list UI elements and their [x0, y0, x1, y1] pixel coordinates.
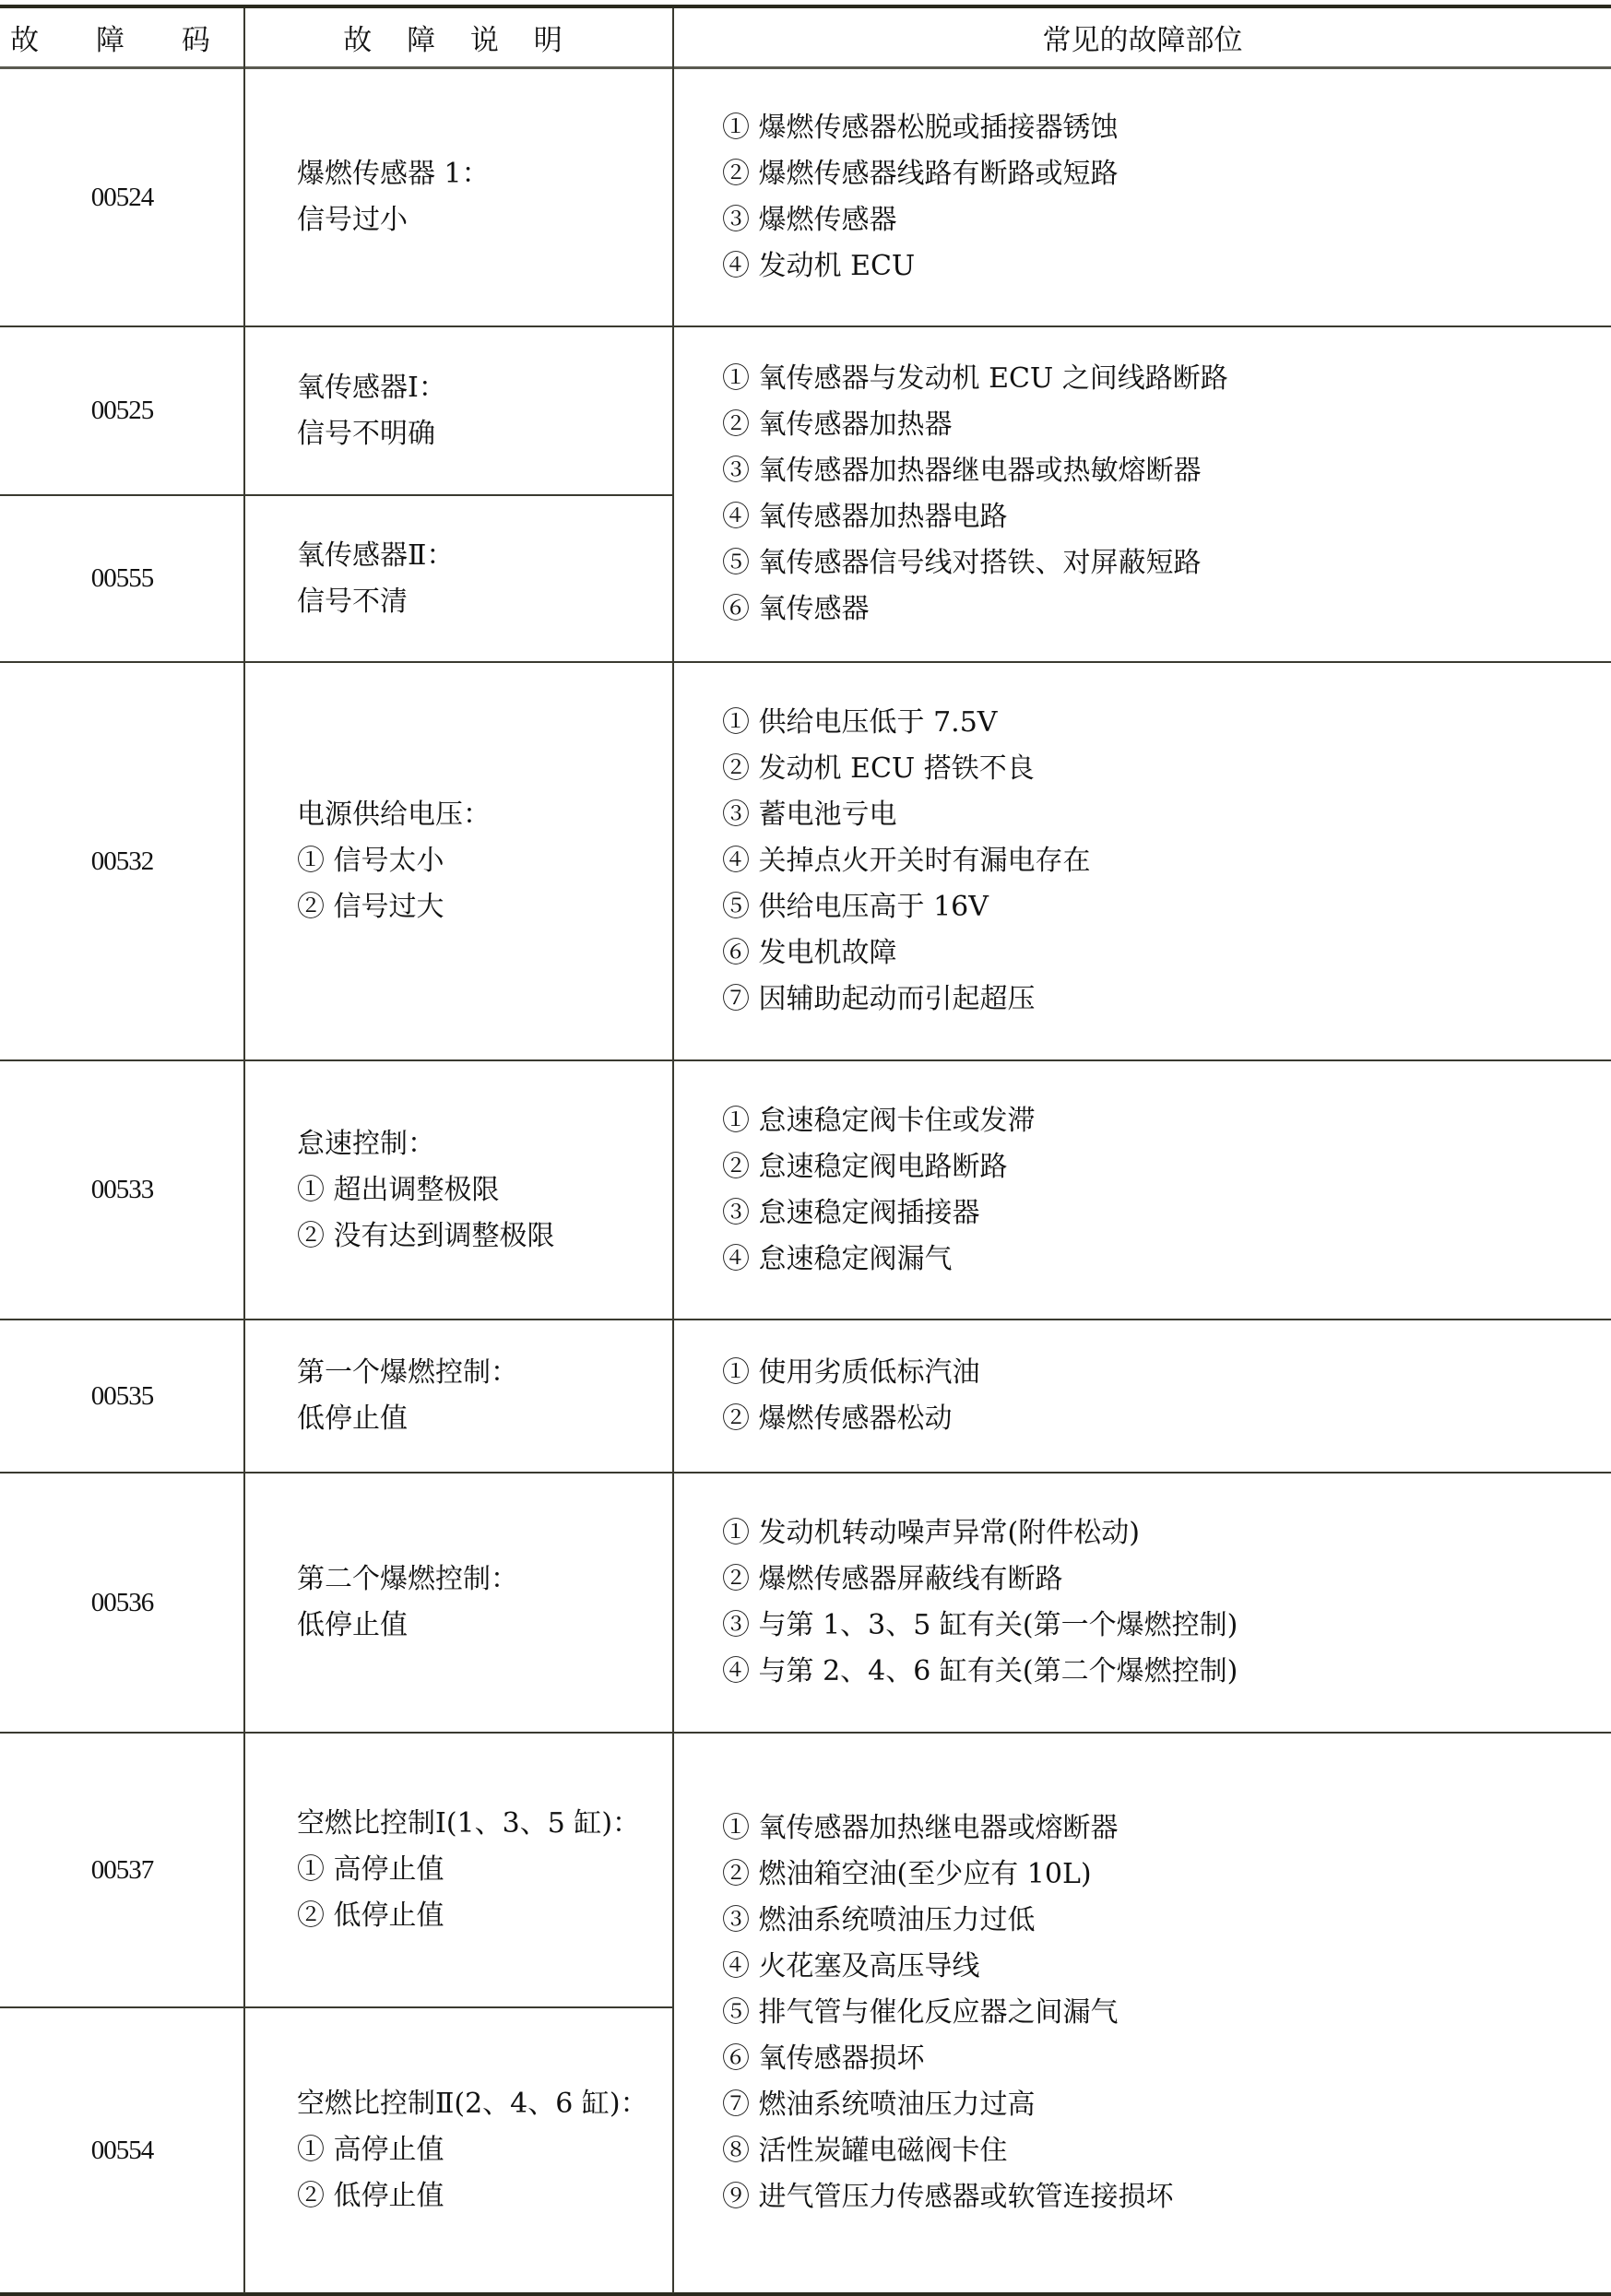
header-description: 故 障 说 明 [245, 8, 673, 66]
fault-code-cell: 00525 [0, 327, 244, 494]
description-line: ② 信号过大 [297, 884, 673, 930]
description-line: 氧传感器Ⅱ： [297, 533, 673, 579]
cause-item: ⑥ 发电机故障 [722, 930, 1611, 976]
cause-item: ④ 氧传感器加热器电路 [722, 494, 1611, 540]
fault-description-cell: 空燃比控制Ⅱ(2、4、6 缸)： ① 高停止值 ② 低停止值 [245, 2008, 673, 2292]
cause-item: ⑧ 活性炭罐电磁阀卡住 [722, 2128, 1611, 2174]
cause-item: ② 爆燃传感器松动 [722, 1396, 1611, 1442]
description-line: 空燃比控制Ⅰ(1、3、5 缸)： [297, 1801, 673, 1847]
cause-item: ⑤ 供给电压高于 16V [722, 884, 1611, 930]
fault-causes-cell: ① 使用劣质低标汽油 ② 爆燃传感器松动 [674, 1320, 1611, 1472]
cause-item: ② 氧传感器加热器 [722, 402, 1611, 448]
fault-code-cell: 00535 [0, 1320, 244, 1472]
cause-item: ④ 发动机 ECU [722, 243, 1611, 290]
fault-causes-cell: ① 发动机转动噪声异常(附件松动) ② 爆燃传感器屏蔽线有断路 ③ 与第 1、3… [674, 1473, 1611, 1732]
cause-item: ① 使用劣质低标汽油 [722, 1350, 1611, 1396]
table-bottom-border [0, 2292, 1611, 2296]
fault-code-cell: 00555 [0, 496, 244, 661]
cause-item: ④ 怠速稳定阀漏气 [722, 1237, 1611, 1283]
cause-item: ① 爆燃传感器松脱或插接器锈蚀 [722, 105, 1611, 151]
description-line: ② 低停止值 [297, 1893, 673, 1939]
fault-description-cell: 第二个爆燃控制： 低停止值 [245, 1473, 673, 1732]
description-line: 氧传感器Ⅰ： [297, 365, 673, 411]
fault-causes-cell: ① 供给电压低于 7.5V ② 发动机 ECU 搭铁不良 ③ 蓄电池亏电 ④ 关… [674, 663, 1611, 1059]
description-line: 第二个爆燃控制： [297, 1556, 673, 1603]
fault-code-cell: 00524 [0, 69, 244, 325]
fault-code-cell: 00537 [0, 1734, 244, 2006]
cause-item: ⑤ 排气管与催化反应器之间漏气 [722, 1990, 1611, 2036]
cause-item: ① 供给电压低于 7.5V [722, 700, 1611, 746]
header-description-label: 故 障 说 明 [343, 17, 575, 58]
description-line: 信号不明确 [297, 411, 673, 457]
fault-code: 00533 [91, 1175, 154, 1205]
cause-item: ② 爆燃传感器线路有断路或短路 [722, 151, 1611, 197]
fault-description-cell: 怠速控制： ① 超出调整极限 ② 没有达到调整极限 [245, 1061, 673, 1319]
cause-item: ① 氧传感器与发动机 ECU 之间线路断路 [722, 356, 1611, 402]
cause-item: ③ 蓄电池亏电 [722, 792, 1611, 838]
fault-code: 00524 [91, 183, 154, 213]
cause-item: ① 发动机转动噪声异常(附件松动) [722, 1510, 1611, 1556]
cause-item: ④ 与第 2、4、6 缸有关(第二个爆燃控制) [722, 1649, 1611, 1695]
description-line: 信号过小 [297, 197, 673, 243]
fault-code: 00525 [91, 396, 154, 426]
cause-item: ① 氧传感器加热继电器或熔断器 [722, 1805, 1611, 1852]
fault-code-cell: 00536 [0, 1473, 244, 1732]
cause-item: ② 爆燃传感器屏蔽线有断路 [722, 1556, 1611, 1603]
fault-code: 00535 [91, 1381, 154, 1412]
fault-code-cell: 00533 [0, 1061, 244, 1319]
description-line: ① 信号太小 [297, 838, 673, 884]
fault-description-cell: 第一个爆燃控制： 低停止值 [245, 1320, 673, 1472]
fault-code-cell: 00554 [0, 2008, 244, 2292]
cause-item: ⑥ 氧传感器 [722, 586, 1611, 633]
fault-causes-cell: ① 怠速稳定阀卡住或发滞 ② 怠速稳定阀电路断路 ③ 怠速稳定阀插接器 ④ 怠速… [674, 1061, 1611, 1319]
fault-code: 00554 [91, 2136, 154, 2166]
description-line: 低停止值 [297, 1396, 673, 1442]
fault-causes-cell: ① 爆燃传感器松脱或插接器锈蚀 ② 爆燃传感器线路有断路或短路 ③ 爆燃传感器 … [674, 69, 1611, 325]
description-line: ② 没有达到调整极限 [297, 1213, 673, 1260]
header-causes-label: 常见的故障部位 [1043, 17, 1243, 58]
description-line: 空燃比控制Ⅱ(2、4、6 缸)： [297, 2081, 673, 2127]
fault-code: 00555 [91, 563, 154, 594]
description-line: ① 超出调整极限 [297, 1167, 673, 1213]
cause-item: ② 发动机 ECU 搭铁不良 [722, 746, 1611, 792]
cause-item: ② 燃油箱空油(至少应有 10L) [722, 1852, 1611, 1898]
cause-item: ③ 燃油系统喷油压力过低 [722, 1898, 1611, 1944]
description-line: 电源供给电压： [297, 792, 673, 838]
fault-description-cell: 氧传感器Ⅰ： 信号不明确 [245, 327, 673, 494]
cause-item: ⑦ 燃油系统喷油压力过高 [722, 2082, 1611, 2128]
fault-description-cell: 电源供给电压： ① 信号太小 ② 信号过大 [245, 663, 673, 1059]
cause-item: ⑥ 氧传感器损坏 [722, 2036, 1611, 2082]
fault-code: 00537 [91, 1855, 154, 1886]
cause-item: ⑤ 氧传感器信号线对搭铁、对屏蔽短路 [722, 540, 1611, 586]
header-code-label: 故 障 码 [10, 17, 234, 58]
cause-item: ⑦ 因辅助起动而引起超压 [722, 976, 1611, 1023]
fault-code: 00536 [91, 1588, 154, 1618]
fault-description-cell: 空燃比控制Ⅰ(1、3、5 缸)： ① 高停止值 ② 低停止值 [245, 1734, 673, 2006]
fault-causes-cell-airfuel: ① 氧传感器加热继电器或熔断器 ② 燃油箱空油(至少应有 10L) ③ 燃油系统… [674, 1734, 1611, 2292]
description-line: 信号不清 [297, 579, 673, 625]
header-causes: 常见的故障部位 [674, 8, 1611, 66]
fault-description-cell: 爆燃传感器 1： 信号过小 [245, 69, 673, 325]
cause-item: ③ 与第 1、3、5 缸有关(第一个爆燃控制) [722, 1603, 1611, 1649]
cause-item: ③ 怠速稳定阀插接器 [722, 1190, 1611, 1237]
cause-item: ③ 氧传感器加热器继电器或热敏熔断器 [722, 448, 1611, 494]
cause-item: ③ 爆燃传感器 [722, 197, 1611, 243]
cause-item: ④ 关掉点火开关时有漏电存在 [722, 838, 1611, 884]
description-line: ① 高停止值 [297, 1847, 673, 1893]
cause-item: ④ 火花塞及高压导线 [722, 1944, 1611, 1990]
fault-code: 00532 [91, 846, 154, 877]
description-line: 第一个爆燃控制： [297, 1350, 673, 1396]
fault-code-cell: 00532 [0, 663, 244, 1059]
description-line: 爆燃传感器 1： [297, 151, 673, 197]
description-line: ② 低停止值 [297, 2173, 673, 2219]
fault-causes-cell-oxygen: ① 氧传感器与发动机 ECU 之间线路断路 ② 氧传感器加热器 ③ 氧传感器加热… [674, 327, 1611, 661]
cause-item: ② 怠速稳定阀电路断路 [722, 1144, 1611, 1190]
header-code: 故 障 码 [0, 8, 244, 66]
description-line: ① 高停止值 [297, 2127, 673, 2173]
cause-item: ⑨ 进气管压力传感器或软管连接损坏 [722, 2174, 1611, 2220]
cause-item: ① 怠速稳定阀卡住或发滞 [722, 1098, 1611, 1144]
description-line: 怠速控制： [297, 1121, 673, 1167]
description-line: 低停止值 [297, 1603, 673, 1649]
fault-description-cell: 氧传感器Ⅱ： 信号不清 [245, 496, 673, 661]
